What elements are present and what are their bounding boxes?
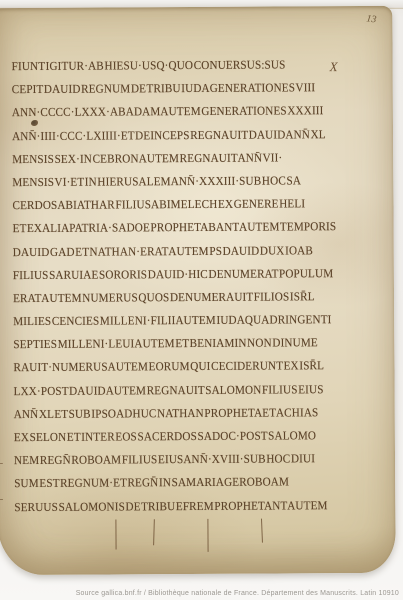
manuscript-line: NEM REGN̄ ROBOAM FILIUS EIUS ANN̄·XVIII·…: [14, 447, 360, 472]
manuscript-text-block: FIUNT IGITUR·AB HIESU·USQ·QUO CONUERSUS:…: [12, 53, 387, 519]
manuscript-line: EX SELON ET INTER EOS SACERDOS SADOC·POS…: [14, 424, 360, 449]
manuscript-line: ANN̄ XL ET SUB IPSO ADHUC NATHAN PROPHET…: [14, 401, 360, 426]
manuscript-line: CERDOS ABIATHAR FILIUS ABIMELECH EX GENE…: [12, 192, 358, 217]
manuscript-line: MENSIS VI·ET IN HIERUSALEM ANN̄·XXXIII·S…: [12, 169, 358, 194]
parchment-page: 13 FIUNT IGITUR·AB HIESU·USQ·QUO CONUERS…: [0, 6, 396, 575]
folio-number: 13: [366, 13, 377, 25]
manuscript-line: SEPTIES MILLENI·LEUI AUTEM ET BENIAMIN N…: [13, 331, 359, 356]
letter-descenders: [115, 519, 275, 554]
manuscript-line: SERUUS SALOMONIS DE TRIBU EFREM PROPHETA…: [14, 494, 360, 519]
manuscript-line: DAUID GAD ET NATHAN·ERAT AUTEM PS DAUID …: [13, 238, 359, 263]
manuscript-line: FIUNT IGITUR·AB HIESU·USQ·QUO CONUERSUS:…: [12, 53, 358, 78]
manuscript-line: ERAT AUTEM NUMERUS QUOS DENUMERAUIT FILI…: [13, 285, 359, 310]
manuscript-line: LXX·POST DAUID AUTEM REGNAUIT SALOMON FI…: [14, 378, 360, 403]
manuscript-line: RAUIT·NUMERUS AUTEM EORUM QUI CECIDERUNT…: [13, 354, 359, 379]
manuscript-line: MILIES CENCIES MILLENI·FILII AUTEM IUDA …: [13, 308, 359, 333]
manuscript-scan-page: 13 FIUNT IGITUR·AB HIESU·USQ·QUO CONUERS…: [0, 0, 403, 600]
image-caption: Source gallica.bnf.fr / Bibliothèque nat…: [76, 590, 399, 597]
margin-mark-left-1: ⌐: [0, 459, 3, 469]
manuscript-line: ANN̄·IIII·CCC·LXIIII·ET DEINCEPS REGNAUI…: [12, 123, 358, 148]
manuscript-line: FILIUS SARUIAE SORORIS DAUID·HIC DENUMER…: [13, 262, 359, 287]
margin-mark-left-2: ⌐: [0, 495, 3, 505]
manuscript-line: CEPIT DAUID REGNUM DE TRIBU IUDA GENERAT…: [12, 76, 358, 101]
margin-mark-right: X: [330, 55, 338, 78]
manuscript-line: ANN·CCCC·LXXX·ABAD AM AUTEM GENERATIONES…: [12, 99, 358, 124]
manuscript-line: ET EX ALIA PATRIA·SADOE PROPHETABANT AUT…: [13, 215, 359, 240]
manuscript-line: MENSIS SEX·IN CEBRON AUTEM REGNAUIT ANN̄…: [12, 146, 358, 171]
manuscript-line: SUM EST REGNUM·ET REGN̄ IN SAMARIA GEROB…: [14, 470, 360, 495]
